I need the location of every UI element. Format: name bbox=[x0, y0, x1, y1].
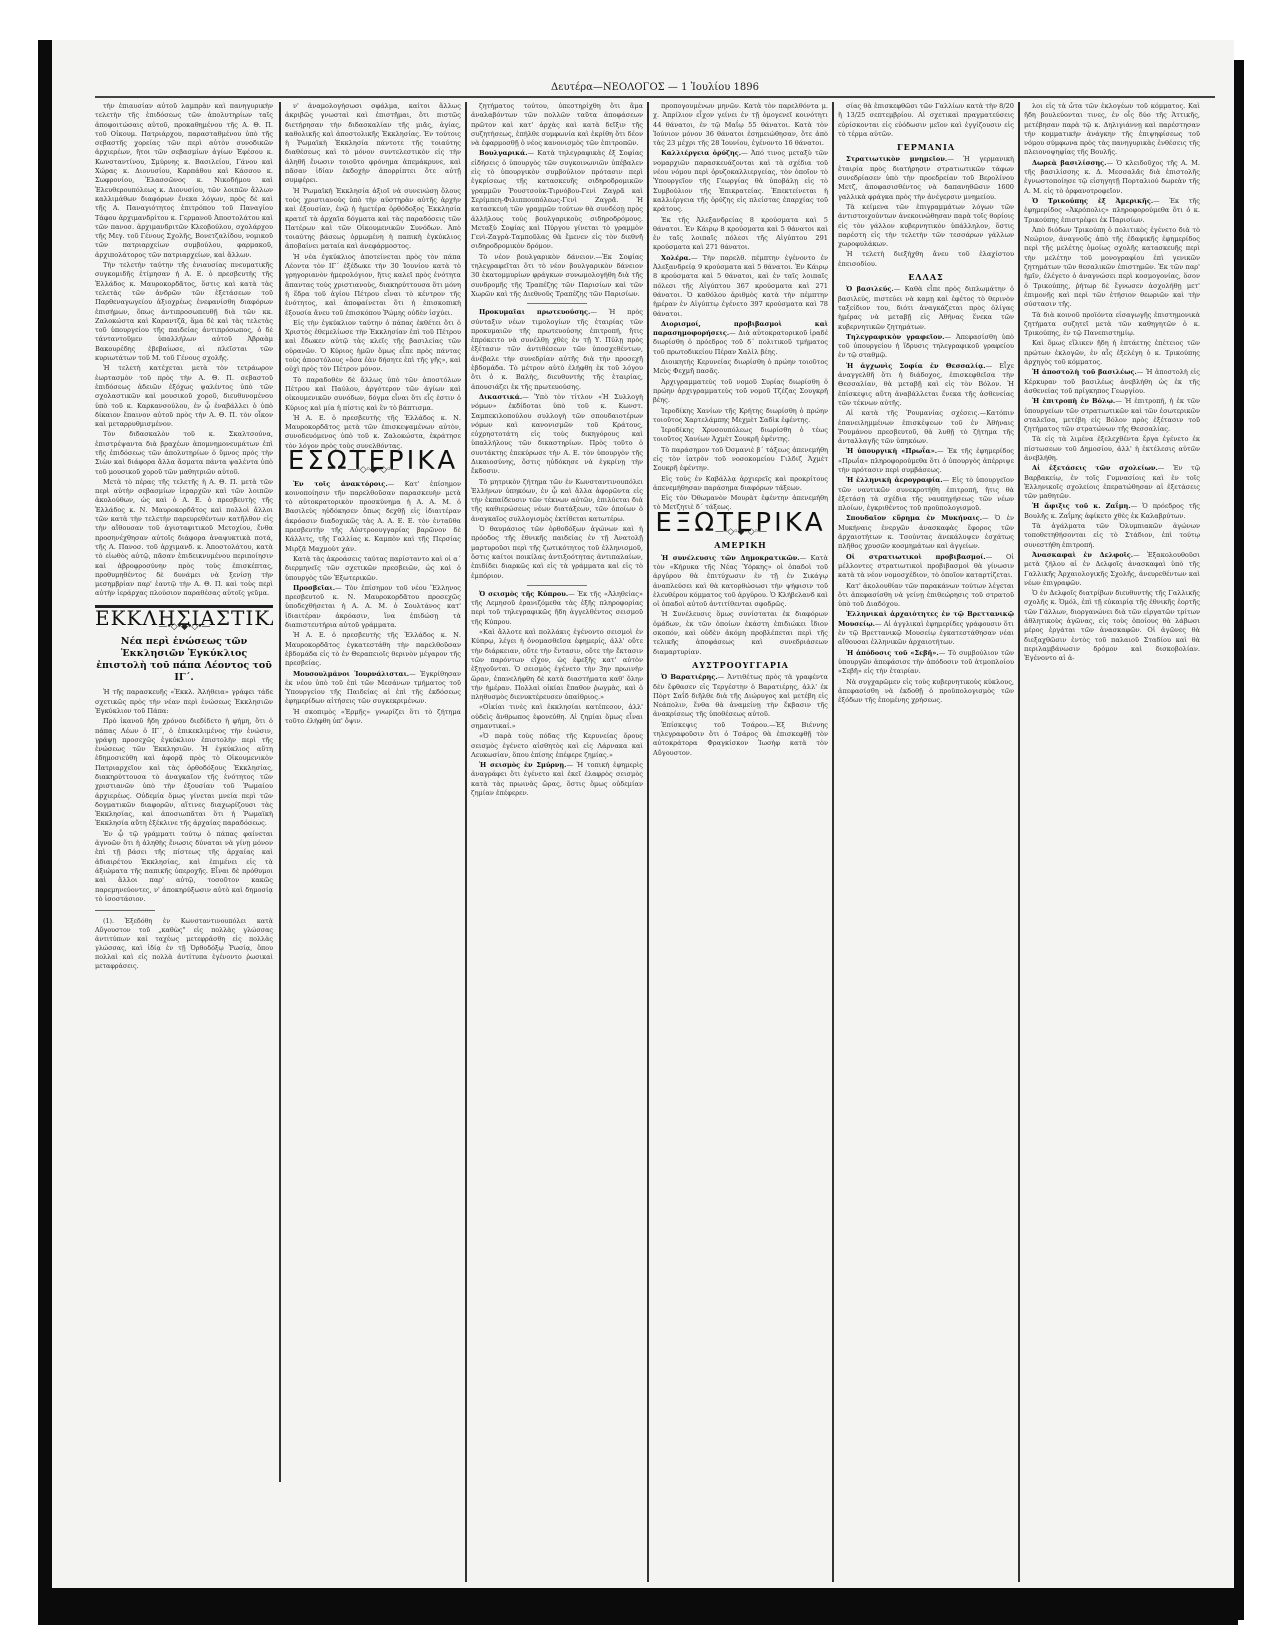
news-item-body: — Κατὰ τηλεγραφικὰς ἐξ Σοφίας εἰδήσεις ὁ… bbox=[471, 149, 643, 250]
news-item: Στρατιωτικὸν μνημεῖον.— Ἡ γερμανικὴ ἑται… bbox=[838, 155, 1014, 201]
article-paragraph: Ἐκ τῆς Ἀλεξανδρείας 8 κρούσματα καὶ 5 θά… bbox=[653, 216, 828, 253]
news-item-headline: Προσβεῖαι. bbox=[293, 584, 335, 592]
news-item: Προσβεῖαι.— Τὸν ἐπίσημον τοῦ νέου Ἕλληνο… bbox=[285, 584, 461, 630]
news-item-headline: Ἡ ἑλληνικὴ ἀερογραφία. bbox=[846, 476, 943, 484]
news-item-body: — Τὴν παρελθ. πέμπτην ἐγένοντο ἐν Ἀλεξαν… bbox=[653, 254, 828, 318]
article-paragraph: Κατ' ἀκολουθίαν τῶν παρακάνων τούτων λέγ… bbox=[838, 582, 1014, 610]
news-item: Ἡ ἄφιξις τοῦ κ. Ζαΐμη.— Ὁ πρόεδρος τῆς Β… bbox=[1024, 502, 1200, 521]
article-paragraph: Τὰ εἰς τὰ λιμένα ἐξελεχθέντα ἔργα ἐγένετ… bbox=[1024, 435, 1200, 463]
news-item: Καλλιέργεια ὀρύζης.— Ἀπό τινος μεταξὺ τῶ… bbox=[653, 149, 828, 214]
article-paragraph: Ἐπίσκεψις τοῦ Τσάρου.—Ἐξ Βιέννης τηλεγρα… bbox=[653, 721, 828, 758]
article-paragraph: Ἱεροδίκης Χανίων τῆς Κρήτης διωρίσθη ὁ π… bbox=[653, 407, 828, 426]
country-heading: ΓΕΡΜΑΝΙΑ bbox=[838, 143, 1014, 152]
news-item: Ὁ βασιλεύς.— Καθὰ εἶπε πρὸς διπλωμάτην ὁ… bbox=[838, 285, 1014, 331]
article-paragraph: Ἡ Α. Ε. ὁ πρεσβευτὴς τῆς Ἑλλάδος κ. Ν. Μ… bbox=[285, 631, 461, 668]
news-item: Βουλγαρικά.— Κατὰ τηλεγραφικὰς ἐξ Σοφίας… bbox=[471, 149, 643, 251]
news-item-headline: Ἡ σεισμὸς ἐν Σμύρνῃ. bbox=[479, 761, 566, 769]
news-item-headline: Ἡ ὑπουργικὴ «Πρωΐα». bbox=[846, 447, 937, 455]
news-item-headline: Ἡ ἀγχωνὶς Σοφία ἐν Θεσσαλίᾳ. bbox=[846, 362, 986, 370]
article-paragraph: «Ὁ παρὰ τοὺς πόδας τῆς Κερυνείας ὄρους σ… bbox=[471, 732, 643, 760]
column-1: τὴν ἐπιαυσίαν αὐτοῦ λαμπρὰν καὶ πανηγυρι… bbox=[95, 102, 273, 1582]
article-paragraph: προπογουμένων μηνῶν. Κατὰ τὸν παρελθόντα… bbox=[653, 102, 828, 148]
article-paragraph: Τὸ παράσημον τοῦ Ὀσμανιὲ β΄ τάξεως ἀπενε… bbox=[653, 446, 828, 474]
article-paragraph: Εἰς τὴν ἐγκύκλιον ταύτην ὁ πάπας ἐκθέτει… bbox=[285, 319, 461, 375]
news-item: Ἡ συνέλευσις τῶν Δημοκρατικῶν.— Κατὰ τὸν… bbox=[653, 554, 828, 610]
news-item-headline: Οἱ στρατιωτικοὶ προβιβασμοί. bbox=[846, 553, 986, 561]
news-item-headline: Δωρεὰ βασιλίσσης. bbox=[1032, 159, 1106, 167]
news-item: Ἑλληνικαὶ ἀρχαιότητες ἐν τῷ Βρεττανικῷ Μ… bbox=[838, 610, 1014, 647]
column-divider bbox=[832, 102, 834, 1582]
country-heading: ΑΥΣΤΡΟΟΥΓΓΑΡΙΑ bbox=[653, 661, 828, 670]
news-item-headline: Καλλιέργεια ὀρύζης. bbox=[661, 149, 741, 157]
article-paragraph: λοι εἰς τὰ ὦτα τῶν ἐκλογέων τοῦ κόμματος… bbox=[1024, 102, 1200, 158]
column-6: λοι εἰς τὰ ὦτα τῶν ἐκλογέων τοῦ κόμματος… bbox=[1024, 102, 1200, 1582]
news-item: Ἡ ἀπόδοσις τοῦ «Σεβῆ».— Τὸ συμβούλιον τῶ… bbox=[838, 649, 1014, 677]
column-2: ν' ἀναμολογήσωσι σφάλμα, καίτοι ἄλλως ἀκ… bbox=[285, 102, 461, 1582]
article-paragraph: Ἱεροδίκης Χρυσουπόλεως διωρίσθη ὁ τέως τ… bbox=[653, 426, 828, 445]
news-item: Ἀνασκαφαὶ ἐν Δελφοῖς.— Ἐξακολουθοῦσι μετ… bbox=[1024, 551, 1200, 588]
news-item-headline: Σπουδαῖον εὕρημα ἐν Μυκήναις. bbox=[846, 514, 982, 522]
article-paragraph: Ἡ Ῥωμαϊκὴ Ἐκκλησία ἀξιοῖ νὰ συνενώσῃ ὅλο… bbox=[285, 187, 461, 252]
news-item: Ὁ σεισμὸς τῆς Κύπρου.— Ἐκ τῆς «Ἀληθείας»… bbox=[471, 590, 643, 627]
news-item-headline: Ὁ Βαρατιέρης. bbox=[661, 673, 718, 681]
scan-edge-left bbox=[38, 40, 52, 1630]
news-item: Ὁ Τρικούπης ἐξ Ἀμερικῆς.— Ἐκ τῆς ἐφημερί… bbox=[1024, 197, 1200, 225]
article-paragraph: Ἀπὸ διόδων Τρικούπη ὁ πολιτικὸς ἐγένετο … bbox=[1024, 226, 1200, 310]
news-item-headline: Δικαστικά. bbox=[479, 393, 522, 401]
country-heading: ΕΛΛΑΣ bbox=[838, 273, 1014, 282]
article-paragraph: Κατὰ τὰς ἀκροάσεις ταύτας παρίσταντο καὶ… bbox=[285, 555, 461, 583]
article-paragraph: Ἡ τῆς παρασκευῆς «Ἐκκλ. Ἀλήθεια» γράφει … bbox=[95, 688, 273, 716]
news-item-headline: Αἱ ἐξετάσεις τῶν σχολείων. bbox=[1032, 464, 1158, 472]
article-paragraph: Τὰ διὰ κοινοῦ προϊόντα εἰσαγωγῆς ἐπιστημ… bbox=[1024, 311, 1200, 339]
news-item-headline: Ἡ συνέλευσις τῶν Δημοκρατικῶν. bbox=[661, 554, 800, 562]
news-item-body: — Ἡ πρὸς σύνταξιν νέων τιμολογίων τῆς ἑτ… bbox=[471, 308, 643, 390]
article-paragraph: τὴν ἐπιαυσίαν αὐτοῦ λαμπρὰν καὶ πανηγυρι… bbox=[95, 102, 273, 260]
news-item-headline: Ἡ ἄφιξις τοῦ κ. Ζαΐμη. bbox=[1032, 502, 1131, 510]
footnote-separator bbox=[95, 910, 155, 911]
news-item: Μουσουλμάνοι Ἰουρνάλισται.— Ἐγκρίθησαν ἐ… bbox=[285, 670, 461, 707]
page-header: Δευτέρα—ΝΕΟΛΟΓΟΣ — 1 Ἰουλίου 1896 bbox=[95, 82, 1215, 93]
news-item: Δωρεὰ βασιλίσσης.— Ὁ κλειδοῦχος τῆς Α. Μ… bbox=[1024, 159, 1200, 196]
news-item-headline: Μουσουλμάνοι Ἰουρνάλισται. bbox=[293, 670, 409, 678]
header-rule bbox=[95, 96, 1215, 98]
column-divider bbox=[465, 102, 467, 1582]
news-item: Προκυμαῖαι πρωτευούσης.— Ἡ πρὸς σύνταξιν… bbox=[471, 308, 643, 392]
news-item: Τηλεγραφικὸν γραφεῖον.— Ἀπεφασίσθη ὑπὸ τ… bbox=[838, 333, 1014, 361]
article-paragraph: Τὰ ἀγάλματα τῶν Ὀλυμπιακῶν ἀγώνων τοποθε… bbox=[1024, 522, 1200, 550]
column-3: ζητήματος τούτου, ὑπεστηρίχθη ὅτι ἅμα ἀν… bbox=[471, 102, 643, 1582]
news-item-headline: Ἡ ἀποστολὴ τοῦ βασιλέως. bbox=[1032, 368, 1137, 376]
article-paragraph: «Καὶ ἄλλοτε καὶ πολλάκις ἐγένοντο σεισμο… bbox=[471, 628, 643, 702]
news-item: Οἱ στρατιωτικοὶ προβιβασμοί.— Οἱ μέλλοντ… bbox=[838, 553, 1014, 581]
scan-margin-bottom bbox=[0, 1625, 1275, 1649]
news-item: Ἡ ἀποστολὴ τοῦ βασιλέως.— Ἡ ἀποστολὴ εἰς… bbox=[1024, 368, 1200, 396]
news-item-headline: Ὁ Τρικούπης ἐξ Ἀμερικῆς. bbox=[1032, 197, 1153, 205]
column-divider bbox=[279, 102, 281, 1482]
scan-edge-right bbox=[1234, 60, 1244, 1620]
news-item: Αἱ ἐξετάσεις τῶν σχολείων.— Ἐν τῷ Βαρβακ… bbox=[1024, 464, 1200, 501]
news-item: Ἡ ἐπιτροπὴ ἐν Βόλῳ.— Ἡ ἐπιτροπή, ἡ ἐκ τῶ… bbox=[1024, 397, 1200, 434]
article-paragraph: Νὰ συγχαρῶμεν εἰς τοὺς κυβερνητικοὺς κύκ… bbox=[838, 678, 1014, 706]
news-item-headline: Ὁ σεισμὸς τῆς Κύπρου. bbox=[479, 590, 568, 598]
news-item-body: — Ὑπὸ τὸν τίτλον «Ἡ Συλλογὴ νόμων» ἐκδίδ… bbox=[471, 393, 643, 475]
article-paragraph: Τὴν τελετὴν ταύτην τῆς ἐνιαυσίας πνευματ… bbox=[95, 261, 273, 363]
news-item: Ἡ ἀγχωνὶς Σοφία ἐν Θεσσαλίᾳ.— Εἶχε ἀναγγ… bbox=[838, 362, 1014, 408]
article-paragraph: σίας θὰ ἐπισκεφθῶσι τῶν Γαλλίων κατὰ τὴν… bbox=[838, 102, 1014, 139]
article-paragraph: Αἱ κατὰ τῆς Ῥουμανίας σχέσεις.—Κατόπιν ἐ… bbox=[838, 409, 1014, 446]
news-item: Χολέρα.— Τὴν παρελθ. πέμπτην ἐγένοντο ἐν… bbox=[653, 254, 828, 319]
news-item-headline: Ἀνασκαφαὶ ἐν Δελφοῖς. bbox=[1032, 551, 1133, 559]
article-paragraph: Διοικητὴς Κερυνείας διωρίσθη ὁ πρώην τοι… bbox=[653, 358, 828, 377]
news-item-body: — Ἀπό τινος μεταξὺ τῶν νομαρχιῶν παρασκε… bbox=[653, 149, 828, 213]
column-divider bbox=[647, 102, 649, 1582]
column-4: προπογουμένων μηνῶν. Κατὰ τὸν παρελθόντα… bbox=[653, 102, 828, 1582]
article-paragraph: Ἡ τελετὴ διεξήχθη ἄνευ τοῦ ἐλαχίστου ἐπε… bbox=[838, 250, 1014, 269]
news-item: Ἡ σεισμὸς ἐν Σμύρνῃ.— Ἡ τοπικὴ ἐφημερὶς … bbox=[471, 761, 643, 798]
news-item-headline: Ὁ βασιλεύς. bbox=[846, 285, 894, 293]
article-paragraph: Τὸ μητρικὸν ζήτημα τῶν ἐν Κωνσταντινουπό… bbox=[471, 478, 643, 524]
article-paragraph: Καὶ ὅμως εἴλικεν ἤδη ἡ ἑπτάετης ἐπέτειος… bbox=[1024, 339, 1200, 367]
footnote: (1). Ἐξεδόθη ἐν Κωνσταντινουπόλει κατὰ Α… bbox=[95, 917, 273, 971]
article-paragraph: Ἡ Συνέλευσις ὅμως συνίσταται ἐκ διαφόρων… bbox=[653, 610, 828, 656]
article-paragraph: Τὰ κείμενα τῶν ἐπιγραμμάτων λόγων τῶν ἀν… bbox=[838, 203, 1014, 249]
news-item-headline: Στρατιωτικὸν μνημεῖον. bbox=[846, 155, 947, 163]
news-item: Ἐν τοῖς ἀνακτόροις.— Κατ' ἐπίσημον κοινο… bbox=[285, 480, 461, 554]
news-item-headline: Προκυμαῖαι πρωτευούσης. bbox=[479, 308, 590, 316]
article-paragraph: Τὸ νέον βουλγαρικὸν δάνειον.—Ἐκ Σοφίας τ… bbox=[471, 253, 643, 299]
article-paragraph: Εἰς τοὺς ἐν Καβάλλᾳ ἀρχιερεῖς καὶ προκρί… bbox=[653, 475, 828, 494]
article-subheading: Νέα περὶ ἑνώσεως τῶν Ἐκκλησιῶν Ἐγκύκλιος… bbox=[95, 636, 273, 684]
news-item-headline: Ἐν τοῖς ἀνακτόροις. bbox=[293, 480, 388, 488]
column-5: σίας θὰ ἐπισκεφθῶσι τῶν Γαλλίων κατὰ τὴν… bbox=[838, 102, 1014, 1582]
news-item-headline: Ἡ ἐπιτροπὴ ἐν Βόλῳ. bbox=[1032, 397, 1115, 405]
news-item-headline: Τηλεγραφικὸν γραφεῖον. bbox=[846, 333, 944, 341]
article-paragraph: Μετὰ τὸ πέρας τῆς τελετῆς ἡ Α. Θ. Π. μετ… bbox=[95, 478, 273, 599]
news-item: Ὁ Βαρατιέρης.— Ἀντιθέτως πρὸς τὰ γραφέντ… bbox=[653, 673, 828, 719]
article-paragraph: Τὸν διδασκαλὸν τοῦ κ. Σκαλτσούνα, ἐπιστρ… bbox=[95, 430, 273, 476]
news-item-body: — Κατ' ἐπίσημον κοινοποίησιν τῆν παρελθο… bbox=[285, 480, 461, 553]
news-item: Ἡ ἑλληνικὴ ἀερογραφία.— Εἰς τὸ ὑπουργεῖο… bbox=[838, 476, 1014, 513]
article-paragraph: Πρὸ ἱκανοῦ ἤδη χρόνου διεδίδετο ἡ φήμη, … bbox=[95, 717, 273, 829]
article-paragraph: Ὁ ἐν Δελφοῖς διατρίβων διευθυντὴς τῆς Γα… bbox=[1024, 589, 1200, 663]
article-paragraph: Ἐν ᾧ τῷ γράμματι τούτῳ ὁ πάπας φαίνεται … bbox=[95, 830, 273, 904]
article-paragraph: ν' ἀναμολογήσωσι σφάλμα, καίτοι ἄλλως ἀκ… bbox=[285, 102, 461, 186]
item-separator bbox=[527, 303, 587, 304]
news-item: Ἡ ὑπουργικὴ «Πρωΐα».— Ἐκ τῆς ἐφημερίδος … bbox=[838, 447, 1014, 475]
news-item: Σπουδαῖον εὕρημα ἐν Μυκήναις.— Ὁ ἐν Μυκή… bbox=[838, 514, 1014, 551]
article-paragraph: Ἀρχιγραμματεὺς τοῦ νομοῦ Συρίας διωρίσθη… bbox=[653, 378, 828, 406]
news-item: Δικαστικά.— Ὑπὸ τὸν τίτλον «Ἡ Συλλογὴ νό… bbox=[471, 393, 643, 477]
article-paragraph: Ἡ νέα ἐγκύκλιος ἀποτείνεται πρὸς τὸν πάπ… bbox=[285, 253, 461, 318]
article-paragraph: «Οἰκίαι τινὲς καὶ ἐκκλησίαι κατέπεσον, ἀ… bbox=[471, 703, 643, 731]
column-divider bbox=[1018, 102, 1020, 1582]
country-heading: ΑΜΕΡΙΚΗ bbox=[653, 541, 828, 550]
news-item-headline: Ἡ ἀπόδοσις τοῦ «Σεβῆ». bbox=[846, 649, 939, 657]
article-paragraph: ζητήματος τούτου, ὑπεστηρίχθη ὅτι ἅμα ἀν… bbox=[471, 102, 643, 148]
news-item: Διορισμοί, προβιβασμοὶ καὶ παρασημοφορήσ… bbox=[653, 320, 828, 357]
news-item-headline: Χολέρα. bbox=[661, 254, 691, 262]
article-paragraph: Ὁ θαυμάσιος τῶν ὀρθοδόξων ἀγώνων καὶ ἡ π… bbox=[471, 525, 643, 581]
item-separator bbox=[527, 585, 587, 586]
article-paragraph: Τὸ παραδοθὲν δὲ ἄλλως ὑπὸ τῶν ἀποστόλων … bbox=[285, 376, 461, 413]
news-item-headline: Βουλγαρικά. bbox=[479, 149, 527, 157]
article-paragraph: Ἡ τελετὴ κατέχεται μετὰ τὸν τετράωρον ἑω… bbox=[95, 364, 273, 429]
article-paragraph: Ἡ σκοπιμὸς «Ἑρμῆς» γνωρίζει ὅτι τὸ ζήτημ… bbox=[285, 708, 461, 727]
